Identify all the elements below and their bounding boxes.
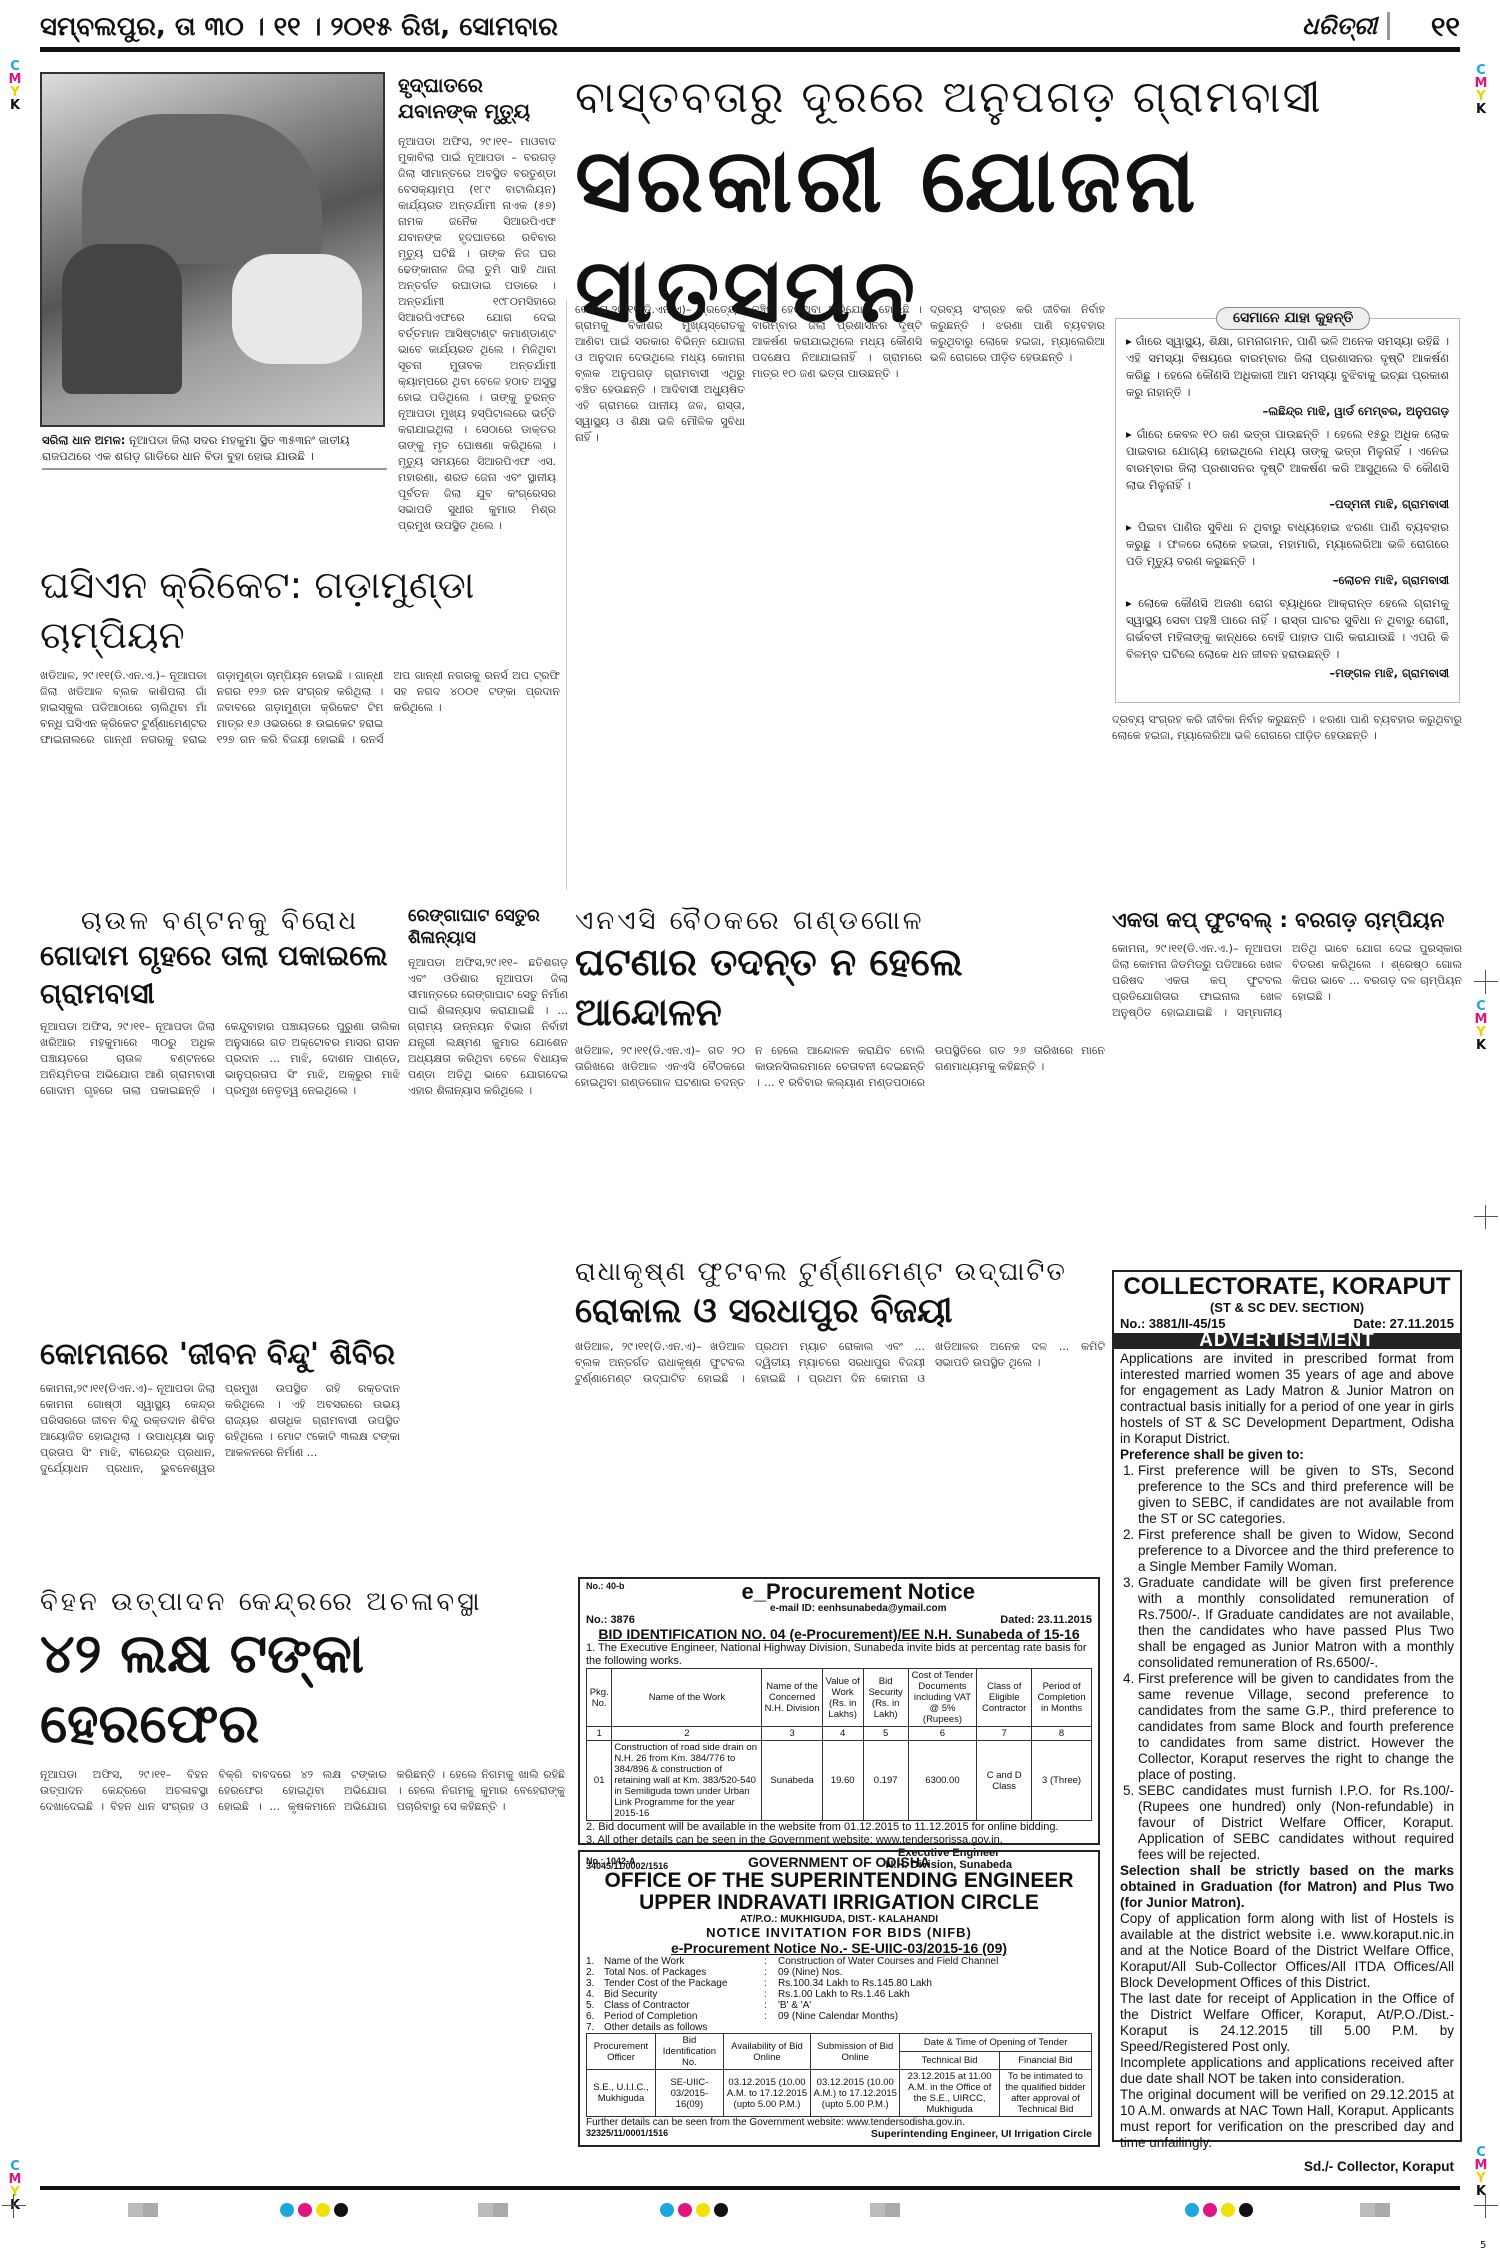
lead-story-col3: ଦ୍ରବ୍ୟ ସଂଗ୍ରହ କରି ଜୀବିକା ନିର୍ବାହ କରୁଛନ୍ତ… <box>930 302 1105 882</box>
nifb-heading: NOTICE INVITATION FOR BIDS (NIFB) <box>586 1925 1092 1940</box>
notice-details: 1.Name of the Work:Construction of Water… <box>586 1956 1092 2033</box>
radhakrishna-story: ରାଧାକୃଷ୍ଣ ଫୁଟବଲ ଟୁର୍ଣ୍ଣାମେଣ୍ଟ ଉଦ୍‌ଘାଟିତ … <box>575 1255 1105 1539</box>
article-body: ନୂଆପଡା ଅଫିସ, ୨୯।୧୧– ବିହନ ଉତ୍ପାଦନ କେନ୍ଦ୍ର… <box>40 1767 565 2207</box>
paddy-load <box>82 114 322 264</box>
headline: ଘସିଏନ କ୍ରିକେଟ: ଗଡ଼ାମୁଣ୍ଡା ଚାମ୍ପିୟନ <box>40 560 560 660</box>
quote-box: ସେମାନେ ଯାହା କୁହନ୍ତି ▸ ଗାଁରେ ସ୍ୱାସ୍ଥ୍ୟ, ଶ… <box>1115 318 1460 703</box>
photo-caption: ସରିଲା ଧାନ ଅମଳ: ନୂଆପଡା ଜିଲା ସଦର ମହକୁମା ସ୍… <box>42 432 387 470</box>
preference-list: First preference will be given to STs, S… <box>1120 1463 1454 1863</box>
notice-code: 32325/11/0001/1516 <box>586 2128 668 2140</box>
footer-rule <box>40 2186 1460 2190</box>
headline: କୋମନାରେ 'ଜୀବନ ବିନ୍ଦୁ' ଶିବିର <box>40 1335 400 1375</box>
further-details: Further details can be seen from the Gov… <box>586 2117 1092 2128</box>
story-jawan: ହୃଦ୍‌ଘାତରେ ଯବାନଙ୍କ ମୃତ୍ୟୁ ନୂଆପଡା ଅଫିସ, ୨… <box>398 72 556 534</box>
crosshair-mark <box>1474 1205 1498 1229</box>
notice-date: Dated: 23.11.2015 <box>1000 1614 1092 1626</box>
quote: ▸ ଗାଁରେ କେବଳ ୧୦ ଜଣ ଭତ୍ତା ପାଉଛନ୍ତି । ହେଲେ… <box>1126 426 1449 494</box>
cmyk-registration-mark: CMYK <box>8 60 22 112</box>
last-date-info: The last date for receipt of Application… <box>1120 1991 1454 2055</box>
lead-story-col2: ବଞ୍ଚିତ ହେଉଥିବା ଅଭିଯୋଗ ହୋଇଛି । ବାରମ୍ବାର ଜ… <box>752 302 922 882</box>
ad-banner: ADVERTISEMENT <box>1114 1333 1460 1349</box>
kicker: ଏନଏସି ବୈଠକରେ ଗଣ୍ଡଗୋଳ <box>575 905 1105 937</box>
quote: ▸ ଲୋକେ କୌଣସି ଅଜଣା ରୋଗ ବ୍ୟାଧିରେ ଆକ୍ରାନ୍ତ … <box>1126 595 1449 663</box>
color-dots <box>1185 2203 1253 2217</box>
irrigation-notice: No.: 1042-A GOVERNMENT OF ODISHA OFFICE … <box>578 1850 1100 2147</box>
crosshair-mark <box>2 2194 26 2218</box>
headline: ୪୨ ଲକ୍ଷ ଟଙ୍କା ହେରଫେର <box>40 1619 565 1759</box>
crosshair-mark <box>1474 2194 1498 2218</box>
quote-attribution: –ଲଛିନ୍ଦ୍ର ମାଝି, ୱାର୍ଡ ମେମ୍ବର, ଅନୁପଗଡ଼ <box>1126 403 1449 420</box>
page-number: ୧୧ <box>1431 10 1460 44</box>
article-body: ନୂଆପଡା ଅଫିସ, ୨୯।୧୧– ନୂଆପଡା ଜିଲା ଖରିଆର ମହ… <box>40 1019 400 1319</box>
headline: ହୃଦ୍‌ଘାତରେ ଯବାନଙ୍କ ମୃତ୍ୟୁ <box>398 72 556 124</box>
news-photo-bullock-cart <box>40 72 385 427</box>
works-table: Pkg. No.Name of the WorkName of the Conc… <box>586 1668 1092 1821</box>
color-dots <box>660 2203 728 2217</box>
fraud-story: ବିହନ ଉତ୍ପାଦନ କେନ୍ଦ୍ରରେ ଅଚଳାବସ୍ଥା ୪୨ ଲକ୍ଷ… <box>40 1585 565 2207</box>
quote-attribution: –ଲୋଚନ ମାଝି, ଗ୍ରାମବାସୀ <box>1126 572 1449 589</box>
application-copy-info: Copy of application form along with list… <box>1120 1911 1454 1991</box>
kicker: ରାଧାକୃଷ୍ଣ ଫୁଟବଲ ଟୁର୍ଣ୍ଣାମେଣ୍ଟ ଉଦ୍‌ଘାଟିତ <box>575 1255 1105 1289</box>
dark-bullock <box>62 244 182 394</box>
grey-patch <box>478 2203 508 2217</box>
dateline: ସମ୍ବଲପୁର, ତା ୩୦ । ୧୧ । ୨୦୧୫ ରିଖ, ସୋମବାର <box>40 12 558 43</box>
quote-box-title: ସେମାନେ ଯାହା କୁହନ୍ତି <box>1216 307 1370 330</box>
grey-patch <box>128 2203 158 2217</box>
notice-number: e-Procurement Notice No.- SE-UIIC-03/201… <box>586 1940 1092 1956</box>
print-page-number: 5 <box>1480 2240 1486 2251</box>
notice-title: e_Procurement Notice <box>625 1581 1092 1603</box>
article-body: ଖଡିଆଳ, ୨୯।୧୧(ଡି.ଏନ.ଏ)– ଗତ ୨୦ ତାରିଖରେ ଖଡି… <box>575 1043 1105 1283</box>
gov-heading: GOVERNMENT OF ODISHA <box>586 1854 1092 1870</box>
signatory: Superintending Engineer, UI Irrigation C… <box>871 2128 1092 2140</box>
ad-signature: Sd./- Collector, Koraput <box>1120 2159 1454 2175</box>
quote-attribution: –ପଦ୍ମନୀ ମାଝି, ଗ୍ରାମବାସୀ <box>1126 496 1449 513</box>
notice-para: 2. Bid document will be available in the… <box>586 1821 1092 1834</box>
selection-criteria: Selection shall be strictly based on the… <box>1120 1863 1454 1911</box>
notice-ref: No.: 1042-A <box>586 1856 636 1866</box>
crosshair-mark <box>1474 970 1498 994</box>
article-body: କୋମନା, ୨୯।୧୧(ଡି.ଏନ.ଏ.)– ନୂଆପଡା ଜିଲା କୋମନ… <box>1112 941 1462 1246</box>
column-rule <box>566 300 567 890</box>
headline: ରେଙ୍ଗାଘାଟ ସେତୁର ଶିଳାନ୍ୟାସ <box>408 905 568 949</box>
ad-intro: Applications are invited in prescribed f… <box>1120 1351 1454 1447</box>
collectorate-advertisement: COLLECTORATE, KORAPUT (ST & SC DEV. SECT… <box>1112 1270 1462 2142</box>
masthead: ସମ୍ବଲପୁର, ତା ୩୦ । ୧୧ । ୨୦୧୫ ରିଖ, ସୋମବାର … <box>40 8 1460 48</box>
table-row: S.E., U.I.I.C., MukhigudaSE-UIIC-03/2015… <box>587 2070 1092 2117</box>
cmyk-registration-mark: CMYK <box>1474 2146 1488 2198</box>
masthead-rule <box>40 47 1460 52</box>
cmyk-registration-mark: CMYK <box>1474 1000 1488 1052</box>
notice-ref: No.: 40-b <box>586 1581 625 1591</box>
camp-story: କୋମନାରେ 'ଜୀବନ ବିନ୍ଦୁ' ଶିବିର କୋମନା,୨୯।୧୧(… <box>40 1335 400 1551</box>
verification-info: The original document will be verified o… <box>1120 2087 1454 2151</box>
cmyk-registration-mark: CMYK <box>1474 64 1488 116</box>
grey-patch <box>870 2203 900 2217</box>
tender-schedule-table: Procurement OfficerBid Identification No… <box>586 2033 1092 2117</box>
nac-story: ଏନଏସି ବୈଠକରେ ଗଣ୍ଡଗୋଳ ଘଟଣାର ତଦନ୍ତ ନ ହେଲେ … <box>575 905 1105 1283</box>
notice-para: 1. The Executive Engineer, National High… <box>586 1642 1092 1668</box>
grey-patch <box>1360 2203 1390 2217</box>
bid-identification: BID IDENTIFICATION NO. 04 (e-Procurement… <box>586 1626 1092 1642</box>
ekta-cup-story: ଏକତା କପ୍ ଫୁଟବଲ୍ : ବରଗଡ଼ ଚାମ୍ପିୟନ କୋମନା, … <box>1112 905 1462 1246</box>
bridge-story: ରେଙ୍ଗାଘାଟ ସେତୁର ଶିଳାନ୍ୟାସ ନୂଆପଡା ଅଫିସ,୨୯… <box>408 905 568 1575</box>
newspaper-logo: ଧରିତ୍ରୀ <box>1302 12 1390 40</box>
headline: ରୋକାଲ ଓ ସରଧାପୁର ବିଜୟୀ <box>575 1289 1105 1333</box>
kicker: ଚାଉଳ ବଣ୍ଟନକୁ ବିରୋଧ <box>40 905 400 937</box>
cricket-story: ଘସିଏନ କ୍ରିକେଟ: ଗଡ଼ାମୁଣ୍ଡା ଚାମ୍ପିୟନ ଖଡିଆଳ… <box>40 560 560 928</box>
headline: ଏକତା କପ୍ ଫୁଟବଲ୍ : ବରଗଡ଼ ଚାମ୍ପିୟନ <box>1112 905 1462 935</box>
pref-heading: Preference shall be given to: <box>1120 1447 1454 1463</box>
white-bullock <box>232 254 362 364</box>
godown-story: ଚାଉଳ ବଣ୍ଟନକୁ ବିରୋଧ ଗୋଦାମ ଗୃହରେ ତାଲା ପକାଇ… <box>40 905 400 1319</box>
kicker: ବାସ୍ତବତାରୁ ଦୂରରେ ଅନୁପଗଡ଼ ଗ୍ରାମବାସୀ <box>575 70 1455 126</box>
quote: ▸ ଗାଁରେ ସ୍ୱାସ୍ଥ୍ୟ, ଶିକ୍ଷା, ଗମନାଗମନ, ପାଣି… <box>1126 333 1449 401</box>
article-body: ଖଡିଆଳ, ୨୯।୧୧(ଡି.ଏନ.ଏ.)– ନୂଆପଡା ଜିଲା ଖଡିଆ… <box>40 668 560 928</box>
color-dots <box>280 2203 348 2217</box>
headline: ଗୋଦାମ ଗୃହରେ ତାଲା ପକାଇଲେ ଗ୍ରାମବାସୀ <box>40 937 400 1013</box>
quote: ▸ ପିଇବା ପାଣିର ସୁବିଧା ନ ଥିବାରୁ ବାଧ୍ୟହୋଇ ଝ… <box>1126 519 1449 570</box>
notice-number: No.: 3876 <box>586 1614 635 1626</box>
lead-story-col1: କୋମନା,୨୯।୧୧(ଡି.ଏନ.ଏ)– ପ୍ରତ୍ୟେକ ଗ୍ରାମକୁ ବ… <box>575 302 745 882</box>
office-heading: OFFICE OF THE SUPERINTENDING ENGINEER <box>586 1870 1092 1892</box>
article-body: ନୂଆପଡା ଅଫିସ,୨୯।୧୧– ଛତିଶଗଡ଼ ଏବଂ ଓଡିଶାର ନୂ… <box>408 955 568 1575</box>
table-row: 01Construction of road side drain on N.H… <box>587 1741 1092 1821</box>
ad-title: COLLECTORATE, KORAPUT <box>1120 1274 1454 1300</box>
incomplete-info: Incomplete applications and applications… <box>1120 2055 1454 2087</box>
ad-section: (ST & SC DEV. SECTION) <box>1120 1300 1454 1316</box>
article-body: କୋମନା,୨୯।୧୧(ଡିଏନ.ଏ)– ନୂଆପଡା ଜିଲା କୋମନା ଗ… <box>40 1381 400 1551</box>
lead-story-col4: ଦ୍ରବ୍ୟ ସଂଗ୍ରହ କରି ଜୀବିକା ନିର୍ବାହ କରୁଛନ୍ତ… <box>1112 712 1462 882</box>
notice-para: 3. All other details can be seen in the … <box>586 1834 1092 1847</box>
kicker: ବିହନ ଉତ୍ପାଦନ କେନ୍ଦ୍ରରେ ଅଚଳାବସ୍ଥା <box>40 1585 565 1619</box>
notice-email: e-mail ID: eenhsunabeda@ymail.com <box>625 1603 1092 1614</box>
article-body: ନୂଆପଡା ଅଫିସ, ୨୯।୧୧– ମାଓବାଦ ମୁକାବିଲା ପାଇଁ… <box>398 134 556 534</box>
circle-heading: UPPER INDRAVATI IRRIGATION CIRCLE <box>586 1892 1092 1914</box>
eprocurement-notice: No.: 40-b e_Procurement Notice e-mail ID… <box>578 1577 1100 1845</box>
headline: ଘଟଣାର ତଦନ୍ତ ନ ହେଲେ ଆନ୍ଦୋଳନ <box>575 937 1105 1037</box>
office-address: AT/P.O.: MUKHIGUDA, DIST.- KALAHANDI <box>586 1914 1092 1925</box>
article-body: ଖଡିଆଳ, ୨୯।୧୧(ଡି.ଏନ.ଏ)– ଖଡିଆଳ ବ୍ଲକ ଅନ୍ତର୍… <box>575 1339 1105 1539</box>
quote-attribution: –ମଙ୍ଗଳ ମାଝି, ଗ୍ରାମବାସୀ <box>1126 665 1449 682</box>
